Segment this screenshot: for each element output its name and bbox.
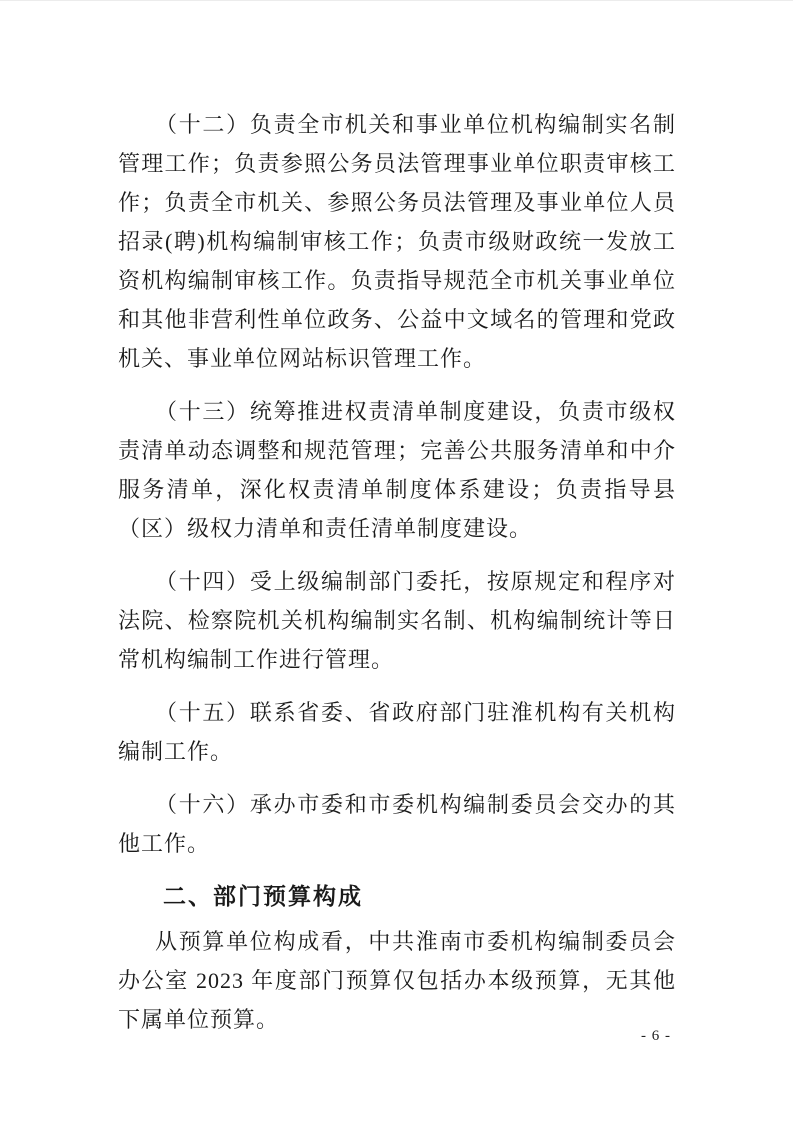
clause-paragraph-14: （十四）受上级编制部门委托，按原规定和程序对法院、检察院机关机构编制实名制、机构… bbox=[118, 562, 676, 679]
clause-paragraph-15: （十五）联系省委、省政府部门驻淮机构有关机构编制工作。 bbox=[118, 693, 676, 771]
clause-paragraph-13: （十三）统筹推进权责清单制度建设，负责市级权责清单动态调整和规范管理；完善公共服… bbox=[118, 392, 676, 548]
document-page: （十二）负责全市机关和事业单位机构编制实名制管理工作；负责参照公务员法管理事业单… bbox=[0, 0, 793, 1123]
clause-paragraph-12: （十二）负责全市机关和事业单位机构编制实名制管理工作；负责参照公务员法管理事业单… bbox=[118, 105, 676, 378]
clause-paragraph-16: （十六）承办市委和市委机构编制委员会交办的其他工作。 bbox=[118, 785, 676, 863]
page-body-text: （十二）负责全市机关和事业单位机构编制实名制管理工作；负责参照公务员法管理事业单… bbox=[118, 105, 676, 1039]
budget-composition-paragraph: 从预算单位构成看，中共淮南市委机构编制委员会办公室 2023 年度部门预算仅包括… bbox=[118, 922, 676, 1039]
section-heading-budget-composition: 二、部门预算构成 bbox=[118, 877, 676, 916]
page-number: - 6 - bbox=[641, 1025, 671, 1047]
